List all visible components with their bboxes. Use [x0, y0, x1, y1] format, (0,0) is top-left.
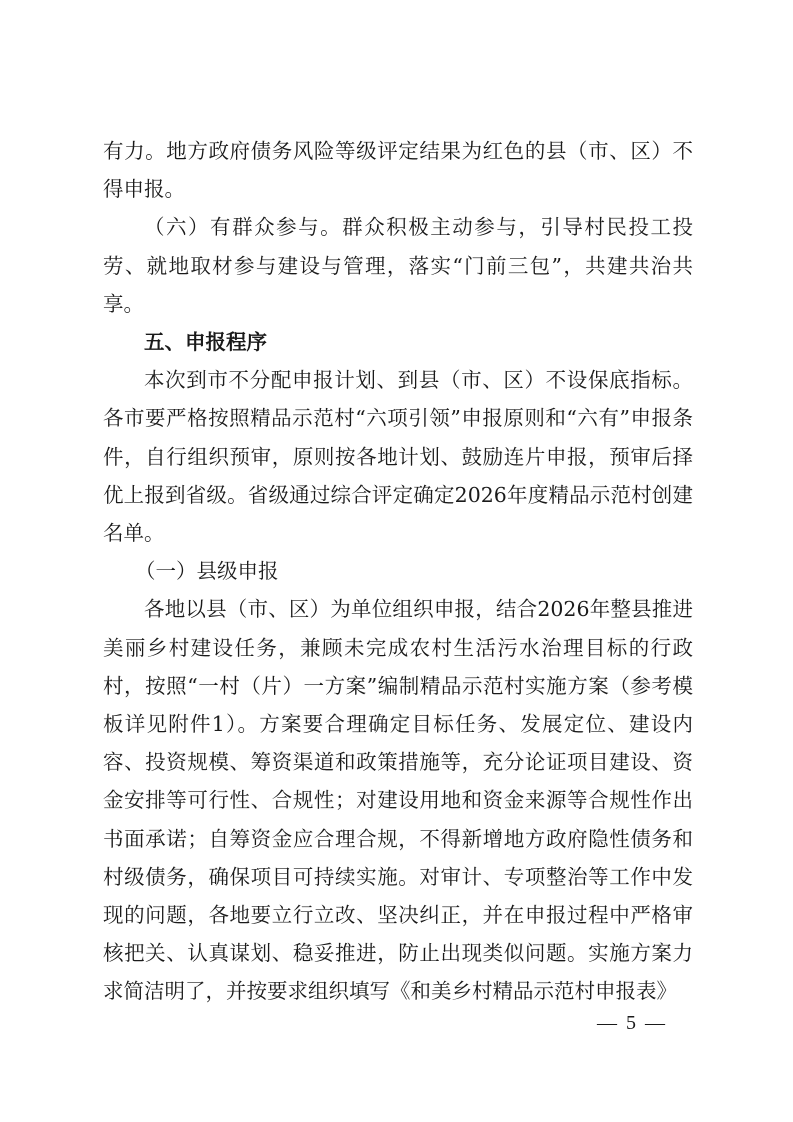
document-page: 有力。地方政府债务风险等级评定结果为红色的县（市、区）不得申报。 （六）有群众参…: [0, 0, 793, 1122]
paragraph-county-application: 各地以县（市、区）为单位组织申报，结合2026年整县推进美丽乡村建设任务，兼顾未…: [103, 590, 693, 1010]
paragraph-masses-participation: （六）有群众参与。群众积极主动参与，引导村民投工投劳、就地取材参与建设与管理，落…: [103, 208, 693, 323]
page-number: — 5 —: [597, 1012, 667, 1035]
subsection-heading-county-application: （一）县级申报: [103, 552, 693, 590]
document-body: 有力。地方政府债务风险等级评定结果为红色的县（市、区）不得申报。 （六）有群众参…: [103, 132, 693, 1011]
paragraph-continuation: 有力。地方政府债务风险等级评定结果为红色的县（市、区）不得申报。: [103, 132, 693, 208]
section-heading-application-procedure: 五、申报程序: [103, 323, 693, 361]
paragraph-application-overview: 本次到市不分配申报计划、到县（市、区）不设保底指标。各市要严格按照精品示范村“六…: [103, 361, 693, 552]
